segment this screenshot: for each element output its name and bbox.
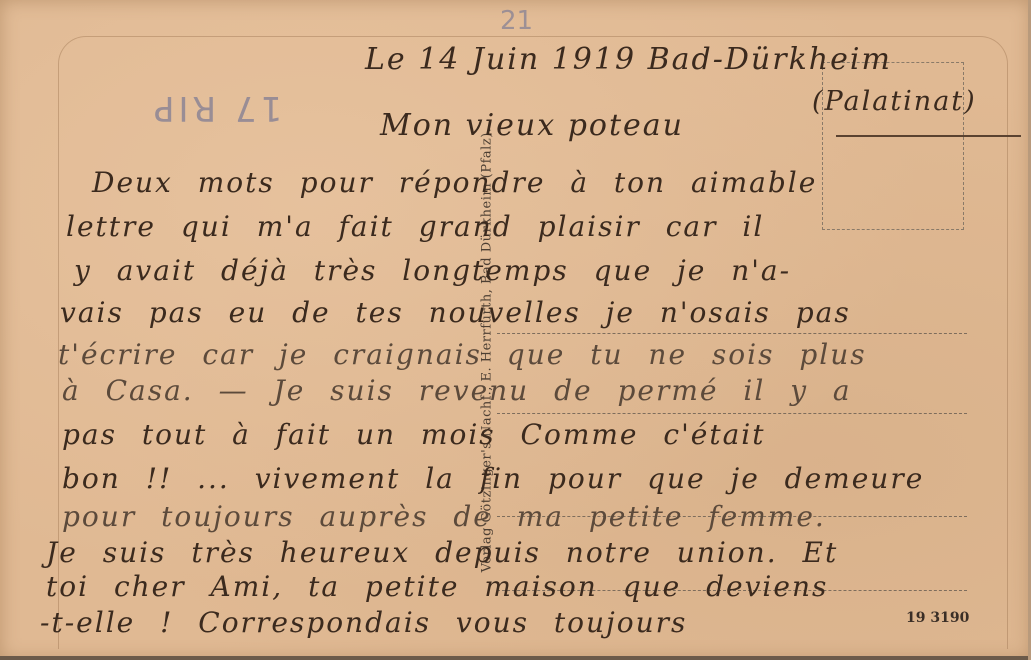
body-line-4: vais pas eu de tes nouvelles je n'osais … — [60, 296, 851, 329]
postcard: 21 17 RIP Verlag Götzinger's Nachf., E. … — [0, 0, 1031, 660]
body-line-11: toi cher Ami, ta petite maison que devie… — [46, 570, 828, 603]
body-line-9: pour toujours auprès de ma petite femme. — [62, 500, 826, 533]
body-line-5: t'écrire car je craignais que tu ne sois… — [58, 338, 867, 371]
address-line-1 — [497, 333, 967, 334]
region-underline — [836, 135, 1021, 137]
body-line-7: pas tout à fait un mois Comme c'était — [62, 418, 766, 451]
address-line-2 — [497, 413, 967, 414]
body-line-8: bon !! ... vivement la fin pour que je d… — [62, 462, 924, 495]
body-line-1: Deux mots pour répondre à ton aimable — [92, 166, 817, 199]
pencil-note-upside-down: 17 RIP — [150, 88, 282, 128]
body-line-6: à Casa. — Je suis revenu de permé il y a — [62, 374, 852, 407]
body-line-3: y avait déjà très longtemps que je n'a- — [74, 254, 791, 287]
date-place-heading: Le 14 Juin 1919 Bad-Dürkheim — [365, 42, 892, 77]
region-heading: (Palatinat) — [812, 86, 977, 117]
body-line-10: Je suis très heureux depuis notre union.… — [46, 536, 838, 569]
salutation: Mon vieux poteau — [380, 108, 684, 143]
body-line-12: -t-elle ! Correspondais vous toujours — [40, 606, 687, 639]
card-bottom-edge — [0, 656, 1031, 660]
catalog-number: 19 3190 — [906, 610, 969, 626]
body-line-2: lettre qui m'a fait grand plaisir car il — [66, 210, 764, 243]
pencil-number: 21 — [500, 6, 533, 36]
